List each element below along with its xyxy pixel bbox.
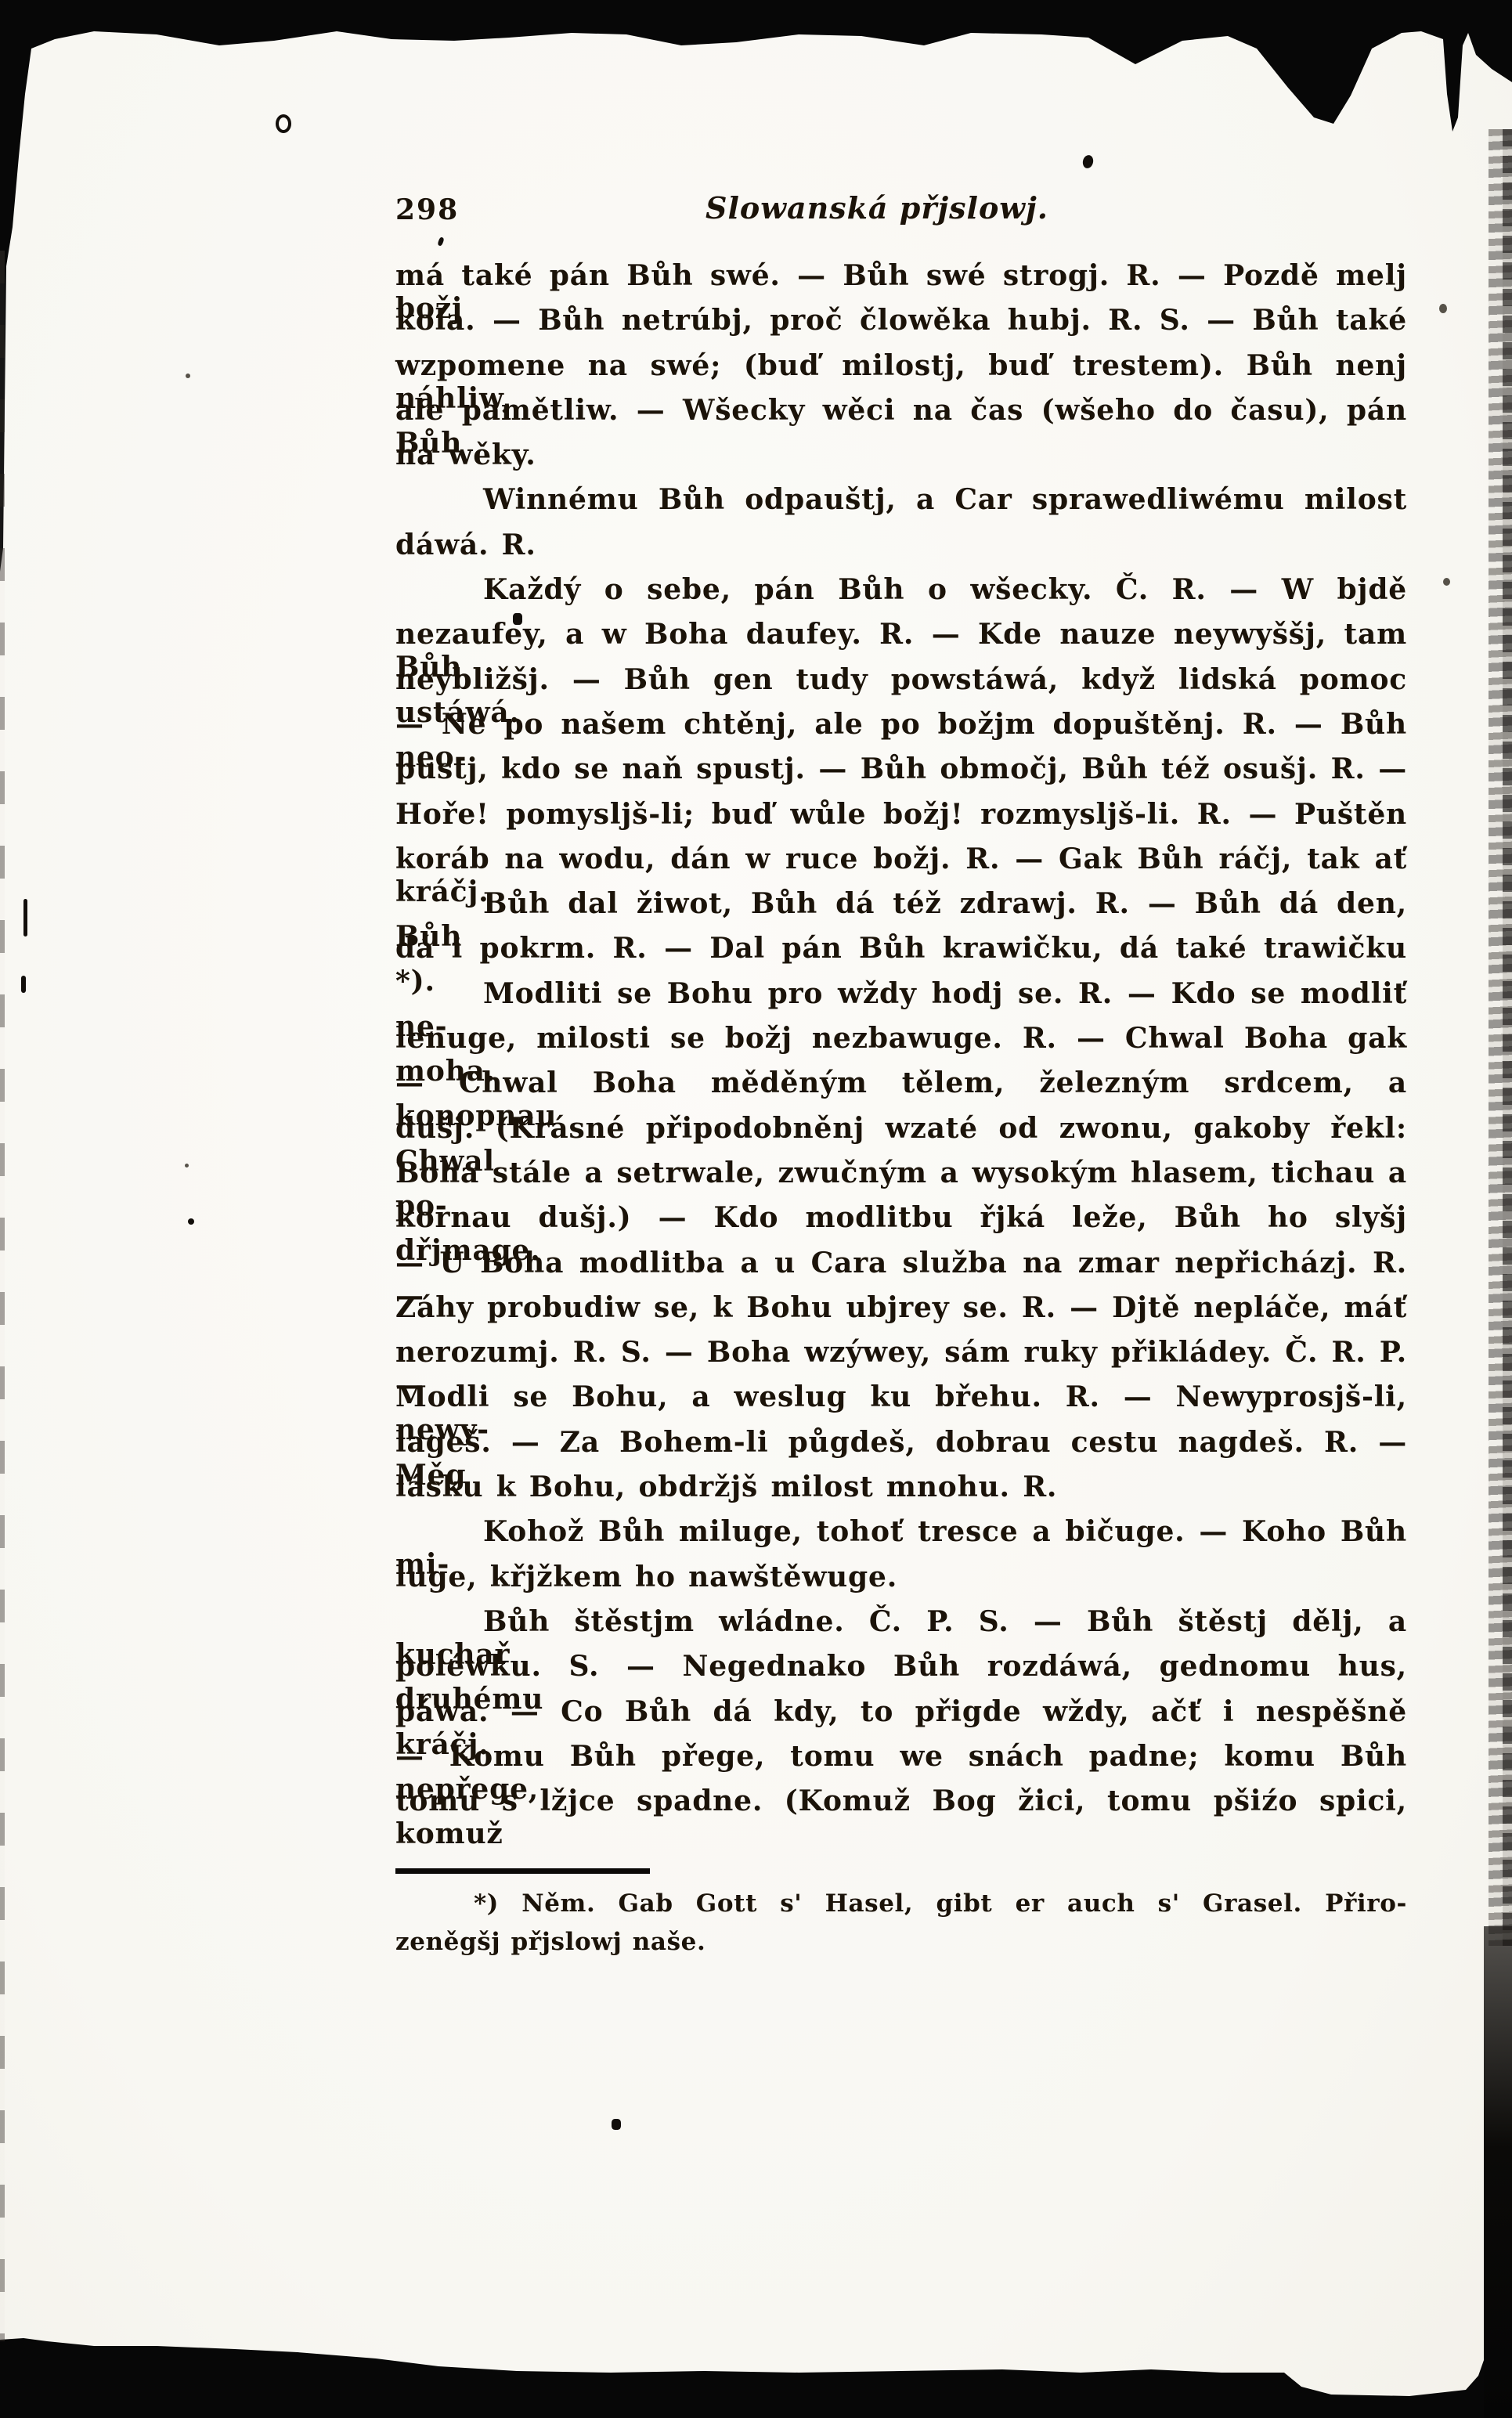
text-line: Kohož Bůh miluge, tohoť tresce a bičuge.… [395,1515,1407,1560]
scan-speck [21,976,26,993]
text-line: kornau dušj.) — Kdo modlitbu řjká leže, … [395,1201,1407,1246]
scan-right-edge-core [1503,129,1512,1946]
text-line: Modliti se Bohu pro wždy hodj se. R. — K… [395,977,1407,1022]
scan-speck [186,374,190,378]
scan-speck [612,2119,621,2130]
text-line: páwa. — Co Bůh dá kdy, to přigde wždy, a… [395,1695,1407,1740]
text-line: Každý o sebe, pán Bůh o wšecky. Č. R. — … [395,573,1407,618]
scan-speck [276,114,291,133]
scan-left-edge [0,251,5,2341]
text-line: lenuge, milosti se božj nezbawuge. R. — … [395,1022,1407,1066]
text-line: Modli se Bohu, a weslug ku břehu. R. — N… [395,1380,1407,1425]
text-line: — U Boha modlitba a u Cara služba na zma… [395,1247,1407,1291]
text-line: Bůh štěstjm wládne. Č. P. S. — Bůh štěst… [395,1605,1407,1650]
scan-bottom-band-shape [0,2293,1512,2418]
text-line: koráb na wodu, dán w ruce božj. R. — Gak… [395,843,1407,887]
text-line: — Komu Bůh přege, tomu we snách padne; k… [395,1740,1407,1785]
scan-speck [1439,304,1447,313]
text-line: poléwku. S. — Negednako Bůh rozdáwá, ged… [395,1650,1407,1694]
footnote-block: *) Něm. Gab Gott s' Hasel, gibt er auch … [395,1889,1407,1966]
scan-right-edge-bottom [1484,1926,1512,2418]
text-line: Záhy probudiw se, k Bohu ubjrey se. R. —… [395,1291,1407,1336]
text-line: nerozumj. R. S. — Boha wzýwey, sám ruky … [395,1336,1407,1380]
text-line: dušj. (Krásné připodobněnj wzaté od zwon… [395,1112,1407,1157]
scan-speck [513,613,522,625]
text-line: Boha stále a setrwale, zwučným a wysokým… [395,1157,1407,1201]
footnote-rule [395,1868,650,1874]
text-line: — Chwal Boha měděným tělem, železným srd… [395,1066,1407,1111]
text-line: Bůh dal žiwot, Bůh dá též zdrawj. R. — B… [395,887,1407,932]
text-line: luge, křjžkem ho nawštěwuge. [395,1561,1407,1605]
text-line: pustj, kdo se naň spustj. — Bůh območj, … [395,752,1407,797]
scan-speck [23,899,27,937]
text-line: nezaufey, a w Boha daufey. R. — Kde nauz… [395,618,1407,662]
text-line: zeněgšj přjslowj naše. [395,1928,1407,1966]
text-line: *) Něm. Gab Gott s' Hasel, gibt er auch … [395,1889,1407,1928]
text-line: lageš. — Za Bohem-li půgdeš, dobrau cest… [395,1426,1407,1471]
scan-speck [185,1164,189,1167]
scan-speck [1443,578,1450,586]
text-line: neybližšj. — Bůh gen tudy powstáwá, když… [395,663,1407,708]
text-line: — Ne po našem chtěnj, ale po božjm dopuš… [395,708,1407,752]
scan-speck [188,1218,194,1225]
scan-top-band [0,0,1512,579]
text-line: Hoře! pomysljš-li; buď wůle božj! rozmys… [395,798,1407,843]
text-line: dá i pokrm. R. — Dal pán Bůh krawičku, d… [395,932,1407,976]
book-page: 298 Slowanská přjslowj. má také pán Bůh … [0,0,1512,2418]
text-line: lásku k Bohu, obdržjš milost mnohu. R. [395,1471,1407,1515]
text-line: tomu s lžjce spadne. (Komuž Bog žici, to… [395,1785,1407,1829]
